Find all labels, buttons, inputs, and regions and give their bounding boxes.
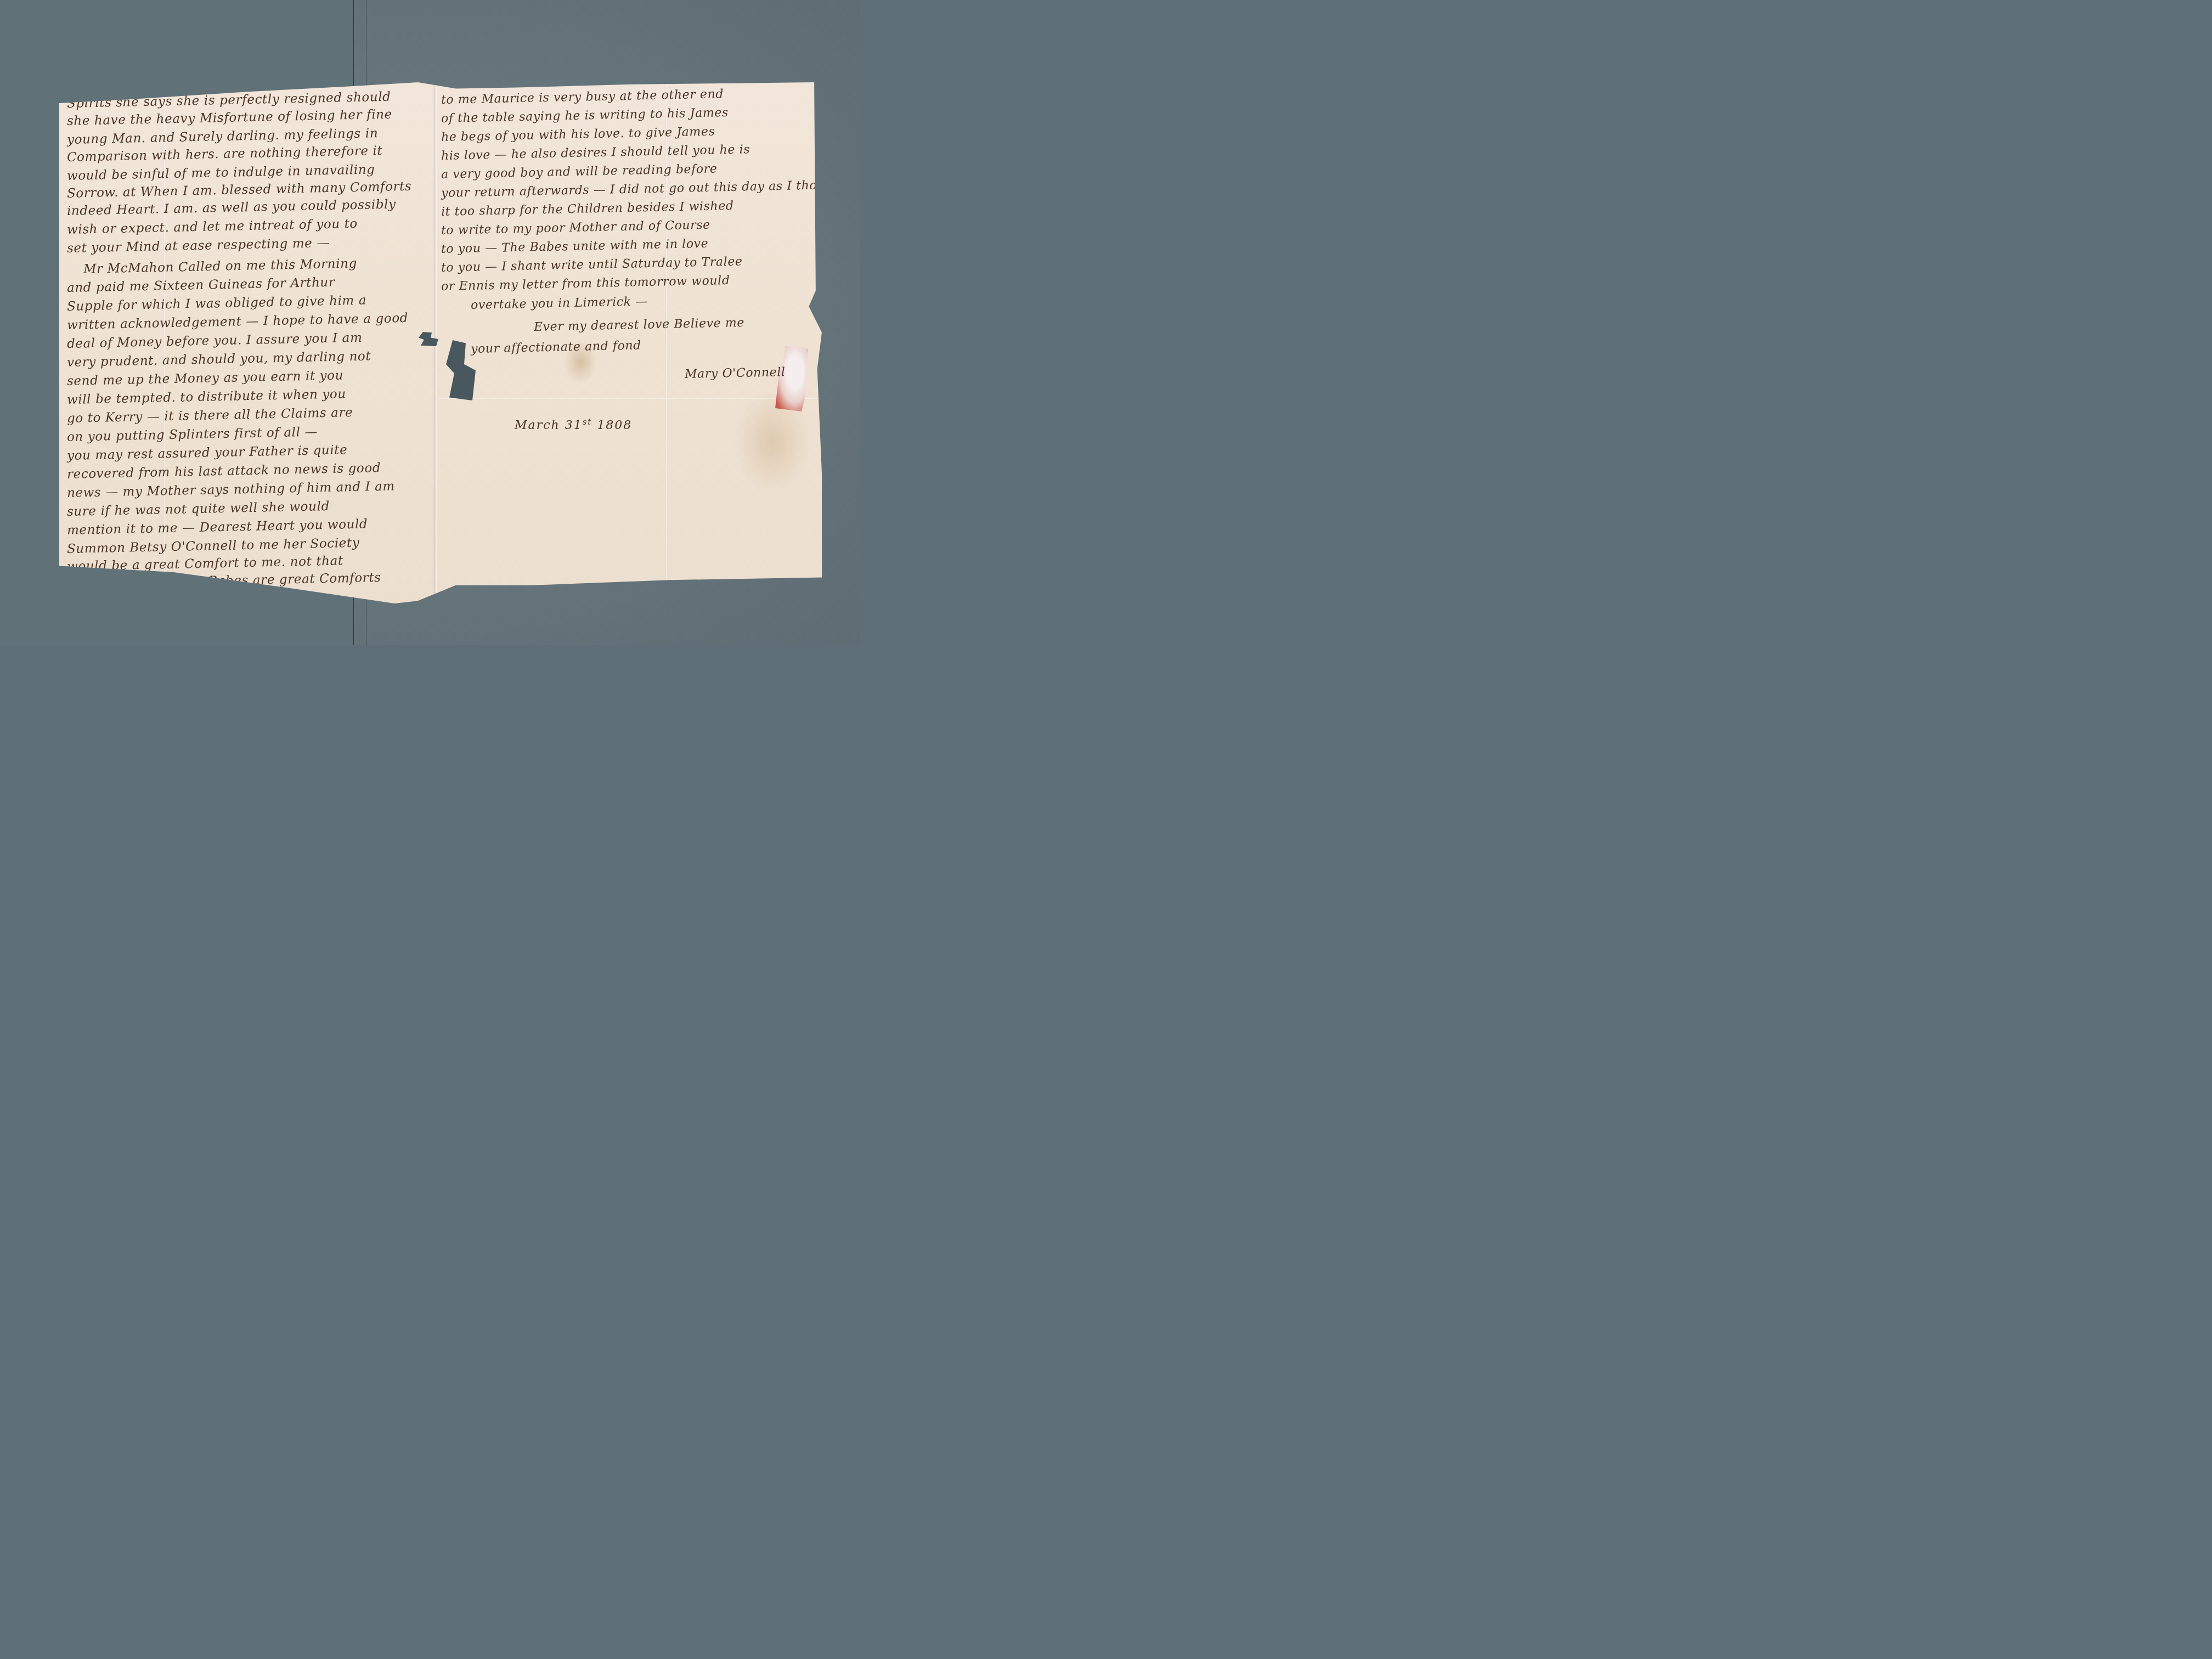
letter-line: Summon Betsy O'Connell to me her Society — [67, 536, 360, 556]
letter-line: Supple for which I was obliged to give h… — [67, 294, 367, 314]
signature: Mary O'Connell — [685, 365, 786, 381]
letter-line: overtake you in Limerick — — [471, 295, 648, 312]
letter-line: and paid me Sixteen Guineas for Arthur — [67, 275, 335, 295]
letter-line: Comparison with hers. are nothing theref… — [67, 144, 383, 165]
closing-line-2: your affectionate and fond — [471, 338, 641, 356]
letter-line: would be sinful of me to indulge in unav… — [67, 162, 375, 183]
letter-date: March 31st 1808 — [515, 417, 632, 432]
letter-line: or Ennis my letter from this tomorrow wo… — [441, 274, 730, 294]
letter-line: your return afterwards — I did not go ou… — [441, 178, 847, 200]
letter-line: she have the heavy Misfortune of losing … — [67, 108, 392, 128]
letter-line: written acknowledgement — I hope to have… — [67, 311, 409, 332]
letter-line: mention it to me — Dearest Heart you wou… — [67, 517, 368, 538]
letter-line: Mr McMahon Called on me this Morning — [83, 257, 357, 276]
left-page: Spirits she says she is perfectly resign… — [59, 82, 438, 603]
letter-line: of the table saying he is writing to his… — [441, 106, 729, 126]
letter-line: young Man. and Surely darling. my feelin… — [67, 126, 379, 147]
letter-line: it too sharp for the Children besides I … — [441, 199, 734, 219]
letter-line: news — my Mother says nothing of him and… — [67, 479, 395, 500]
letter-line: indeed Heart. I am. as well as you could… — [67, 197, 396, 218]
letter-line: send me up the Money as you earn it you — [67, 368, 344, 388]
closing-line: Ever my dearest love Believe me — [534, 316, 745, 334]
letter-line: wish or expect. and let me intreat of yo… — [67, 217, 358, 237]
letter-line: he begs of you with his love. to give Ja… — [441, 125, 715, 144]
letter-line: on you putting Splinters first of all — — [67, 425, 318, 444]
letter-line: sure if he was not quite well she would — [67, 499, 330, 519]
letter-line: his love — he also desires I should tell… — [441, 143, 751, 163]
letter-line: you may rest assured your Father is quit… — [67, 443, 348, 463]
letter-sheet: Spirits she says she is perfectly resign… — [59, 82, 822, 603]
date-year: 1808 — [597, 419, 632, 432]
letter-line: to you — The Babes unite with me in love — [441, 237, 709, 256]
letter-line: to you — I shant write until Saturday to… — [441, 255, 743, 275]
letter-line: deal of Money before you. I assure you I… — [67, 331, 363, 351]
letter-line: to me Maurice is very busy at the other … — [441, 87, 724, 107]
letter-line: recovered from his last attack no news i… — [67, 461, 381, 482]
right-page: to me Maurice is very busy at the other … — [438, 82, 822, 603]
letter-line: go to Kerry — it is there all the Claims… — [67, 405, 353, 426]
letter-line: very prudent. and should you, my darling… — [67, 349, 371, 370]
letter-line: will be tempted. to distribute it when y… — [67, 387, 346, 407]
letter-line: to write to my poor Mother and of Course — [441, 218, 710, 238]
date-ordinal: st — [583, 417, 592, 427]
letter-line: set your Mind at ease respecting me — — [67, 236, 330, 256]
letter-line: a very good boy and will be reading befo… — [441, 162, 718, 182]
date-month-day: March 31 — [515, 419, 583, 432]
